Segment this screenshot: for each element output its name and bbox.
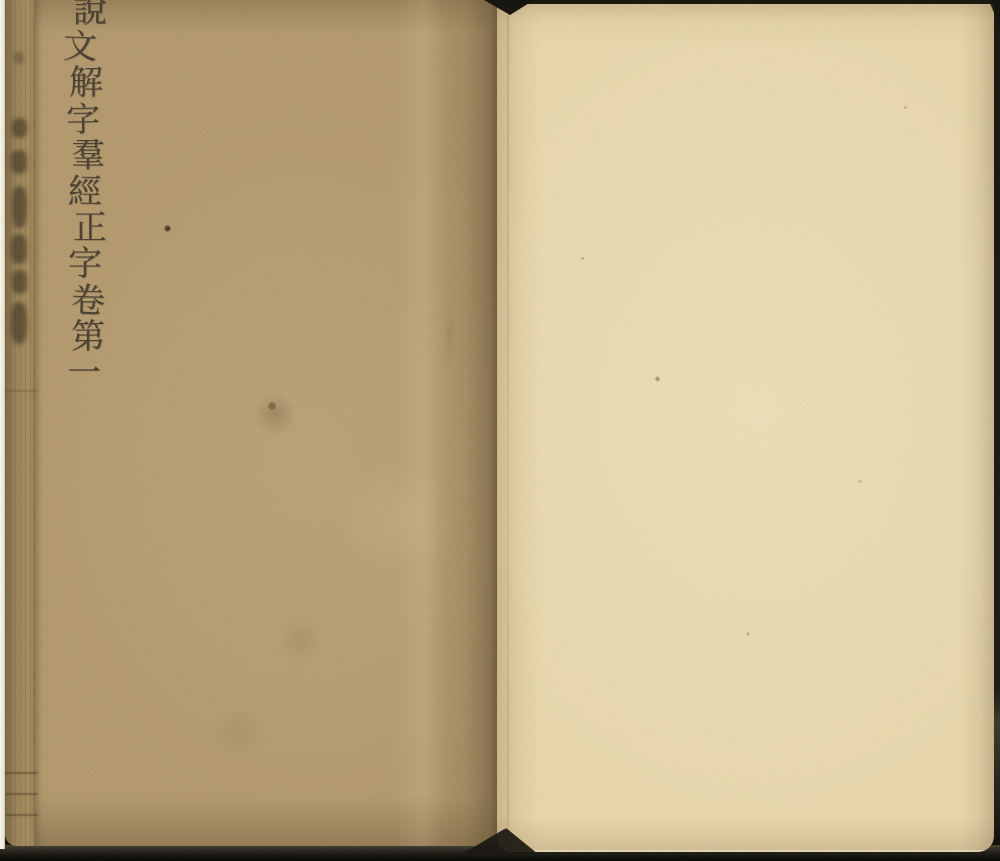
gutter-crease-right — [507, 4, 509, 852]
spine-stamp-mark — [11, 150, 27, 174]
right-page-blank — [497, 4, 994, 852]
spine-crease — [34, 0, 42, 846]
title-character: 解 — [69, 65, 103, 101]
title-character: 一 — [67, 355, 101, 391]
title-character: 羣 — [71, 138, 105, 174]
paper-speck — [746, 632, 750, 636]
gutter-fold-shadow-left — [428, 0, 498, 846]
ink-speck — [164, 225, 171, 232]
paper-stain — [277, 620, 323, 660]
title-character: 第 — [71, 319, 105, 355]
paper-speck — [655, 376, 660, 382]
paper-stain — [268, 401, 276, 411]
left-page-cover: 說 文 解 字 羣 經 正 字 卷 第 一 — [5, 0, 498, 846]
book-title-vertical: 說 文 解 字 羣 經 正 字 卷 第 一 — [47, 0, 119, 391]
spine-stamp-mark — [14, 52, 24, 64]
title-character: 說 — [73, 0, 107, 29]
paper-stain — [210, 708, 266, 758]
paper-speck — [858, 480, 862, 483]
title-character: 字 — [66, 101, 101, 138]
title-character: 文 — [62, 29, 97, 66]
title-character: 經 — [68, 174, 103, 211]
paper-stain — [253, 392, 297, 436]
spine — [5, 0, 35, 846]
paper-speck — [904, 106, 907, 109]
spine-stamp-mark — [12, 118, 27, 138]
spine-stamp-mark — [11, 302, 27, 344]
title-character: 卷 — [70, 282, 105, 319]
paper-speck — [581, 257, 584, 260]
paper-stain — [443, 305, 457, 361]
spine-stamp-mark — [12, 186, 27, 228]
book-scan: 說 文 解 字 羣 經 正 字 卷 第 一 — [0, 0, 1000, 861]
title-character: 正 — [73, 210, 107, 246]
spine-stamp-mark — [11, 234, 27, 264]
paper-light-patch — [335, 460, 455, 580]
spine-stamp-mark — [12, 270, 27, 294]
scan-left-edge — [0, 0, 5, 849]
title-character: 字 — [68, 246, 102, 282]
